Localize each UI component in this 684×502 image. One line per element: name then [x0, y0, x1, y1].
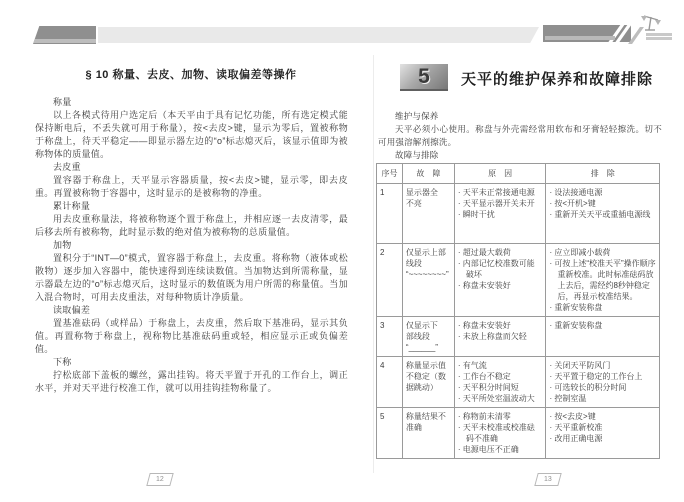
left-page-body: 称量 以上各模式待用户选定后（本天平由于具有记忆功能，所有选定模式能保持断电后，… [35, 96, 348, 395]
troubleshooting-table: 序号 故 障 原 因 排 除 1 显示器全 不亮 天平未正常接通电源天平显示器开… [376, 163, 660, 459]
table-header-row: 序号 故 障 原 因 排 除 [377, 164, 660, 184]
section-heading: 下称 [35, 356, 348, 369]
balance-scale-icon [638, 12, 672, 32]
section-heading: 累计称量 [35, 200, 348, 213]
troubleshooting-heading: 故障与排除 [378, 149, 662, 162]
section-adding-material: 加物 置积分于“INT—0”模式，置容器于称盘上，去皮重。将称物（液体或松散物）… [35, 239, 348, 304]
cell-no: 1 [377, 184, 403, 244]
section-paragraph: 置积分于“INT—0”模式，置容器于称盘上，去皮重。将称物（液体或松散物）逐步加… [35, 252, 348, 304]
chapter-title: 天平的维护保养和故障排除 [461, 68, 653, 89]
cell-remedies: 按<去皮>键天平重新校准改用正确电源 [546, 408, 660, 459]
section-paragraph: 置容器于称盘上，天平显示容器质量，按<去皮>键，显示零，即去皮重。再置被称物于容… [35, 174, 348, 200]
section-paragraph: 置基准砝码（或样品）于称盘上，去皮重，然后取下基准码，显示其负值。再置称物于称盘… [35, 317, 348, 356]
section-cumulative-weighing: 累计称量 用去皮重称量法，将被称物逐个置于称盘上，并相应逐一去皮清零，最后移去所… [35, 200, 348, 239]
section-heading: 加物 [35, 239, 348, 252]
cell-remedies: 重新安装称盘 [546, 317, 660, 357]
cell-no: 4 [377, 357, 403, 408]
manual-spread: § 10 称量、去皮、加物、读取偏差等操作 称量 以上各模式待用户选定后（本天平… [0, 0, 684, 502]
header-bar-dark-right [543, 25, 631, 42]
cell-no: 3 [377, 317, 403, 357]
table-row: 2 仅显示上部 线段 “~~~~~~~~” 超过最大载荷内部记忆校准数可能破坏称… [377, 244, 660, 317]
section-below-balance-weighing: 下称 拧松底部下盖板的螺丝，露出挂钩。将天平置于开孔的工作台上，调正水平，并对天… [35, 356, 348, 395]
maintenance-paragraph: 天平必须小心使用。称盘与外壳需经常用软布和牙膏轻轻擦洗。切不可用强溶解剂擦洗。 [378, 123, 662, 149]
cell-no: 2 [377, 244, 403, 317]
table-row: 3 仅显示下 部线段 “______” 称盘未安装好未放上称盘而欠轻 重新安装称… [377, 317, 660, 357]
cell-causes: 天平未正常接通电源天平显示器开关未开瞬时干扰 [454, 184, 546, 244]
maintenance-heading: 维护与保养 [378, 110, 662, 123]
page-fold-line [373, 55, 374, 473]
cell-fault: 显示器全 不亮 [402, 184, 454, 244]
cell-causes: 称盘未安装好未放上称盘而欠轻 [454, 317, 546, 357]
cell-fault: 称量结果不 准确 [402, 408, 454, 459]
section-paragraph: 以上各模式待用户选定后（本天平由于具有记忆功能，所有选定模式能保持断电后，不丢失… [35, 109, 348, 161]
cell-causes: 称物前未清零天平未校准或校准砝码不准确电源电压不正确 [454, 408, 546, 459]
section-weighing: 称量 以上各模式待用户选定后（本天平由于具有记忆功能，所有选定模式能保持断电后，… [35, 96, 348, 161]
column-header-fault: 故 障 [402, 164, 454, 184]
section-paragraph: 拧松底部下盖板的螺丝，露出挂钩。将天平置于开孔的工作台上，调正水平，并对天平进行… [35, 369, 348, 395]
cell-remedies: 设法接通电源按<开机>键重新开关天平或重插电源线 [546, 184, 660, 244]
cell-remedies: 应立即减小载荷可按上述“校准天平”操作顺序重新校准。此时标准砝码放上去后，需经约… [546, 244, 660, 317]
table-row: 5 称量结果不 准确 称物前未清零天平未校准或校准砝码不准确电源电压不正确 按<… [377, 408, 660, 459]
cell-fault: 仅显示下 部线段 “______” [402, 317, 454, 357]
cell-causes: 有气流工作台不稳定天平积分时间短天平所处室温波动大 [454, 357, 546, 408]
cell-no: 5 [377, 408, 403, 459]
header-bar-dark-left [33, 26, 96, 44]
cell-causes: 超过最大载荷内部记忆校准数可能破坏称盘未安装好 [454, 244, 546, 317]
cell-remedies: 关闭天平防风门天平置于稳定的工作台上可选较长的积分时间控制室温 [546, 357, 660, 408]
left-page-title: § 10 称量、去皮、加物、读取偏差等操作 [35, 66, 347, 82]
section-deviation-reading: 读取偏差 置基准砝码（或样品）于称盘上，去皮重，然后取下基准码，显示其负值。再置… [35, 304, 348, 356]
table-row: 4 称量显示值 不稳定（数 据跳动） 有气流工作台不稳定天平积分时间短天平所处室… [377, 357, 660, 408]
section-heading: 称量 [35, 96, 348, 109]
page-number-label: 13 [544, 476, 552, 483]
brand-microtext [638, 33, 672, 40]
section-paragraph: 用去皮重称量法，将被称物逐个置于称盘上，并相应逐一去皮清零，最后移去所有被称物，… [35, 213, 348, 239]
header-bar-light [98, 27, 539, 43]
maintenance-section: 维护与保养 天平必须小心使用。称盘与外壳需经常用软布和牙膏轻轻擦洗。切不可用强溶… [378, 110, 662, 162]
cell-fault: 仅显示上部 线段 “~~~~~~~~” [402, 244, 454, 317]
section-heading: 去皮重 [35, 161, 348, 174]
column-header-no: 序号 [377, 164, 403, 184]
brand-logo [638, 12, 672, 48]
section-heading: 读取偏差 [35, 304, 348, 317]
chapter-number: 5 [418, 66, 430, 87]
cell-fault: 称量显示值 不稳定（数 据跳动） [402, 357, 454, 408]
page-number-left: 12 [146, 473, 173, 486]
column-header-cause: 原 因 [454, 164, 546, 184]
page-number-right: 13 [534, 473, 561, 486]
page-number-label: 12 [156, 476, 164, 483]
section-tare: 去皮重 置容器于称盘上，天平显示容器质量，按<去皮>键，显示零，即去皮重。再置被… [35, 161, 348, 200]
column-header-remedy: 排 除 [546, 164, 660, 184]
table-row: 1 显示器全 不亮 天平未正常接通电源天平显示器开关未开瞬时干扰 设法接通电源按… [377, 184, 660, 244]
chapter-number-badge: 5 [400, 64, 448, 91]
